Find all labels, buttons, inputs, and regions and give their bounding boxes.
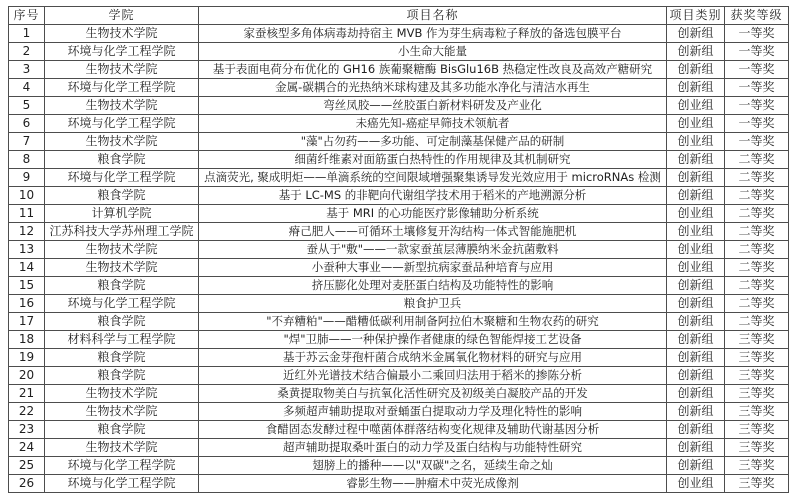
award-table-page: 序号 学院 项目名称 项目类别 获奖等级 1 生物技术学院 家蚕核型多角体病毒劫… [8, 6, 789, 493]
category-cell: 创新组 [667, 79, 725, 97]
serial-number-cell: 22 [9, 403, 45, 421]
serial-number-cell: 24 [9, 439, 45, 457]
project-name-cell: 桑黄提取物美白与抗氧化活性研究及初级美白凝胶产品的开发 [199, 385, 667, 403]
table-row: 22 生物技术学院 多频超声辅助提取对蚕蛹蛋白提取动力学及理化特性的影响 创新组… [9, 403, 789, 421]
serial-number-cell: 6 [9, 115, 45, 133]
award-level-cell: 一等奖 [725, 97, 789, 115]
college-cell: 粮食学院 [45, 151, 199, 169]
project-name-cell: 基于 LC-MS 的非靶向代谢组学技术用于稻米的产地溯源分析 [199, 187, 667, 205]
table-row: 24 生物技术学院 超声辅助提取桑叶蛋白的动力学及蛋白结构与功能特性研究 创新组… [9, 439, 789, 457]
award-level-cell: 二等奖 [725, 223, 789, 241]
category-cell: 创新组 [667, 43, 725, 61]
serial-number-cell: 17 [9, 313, 45, 331]
serial-number-cell: 23 [9, 421, 45, 439]
category-cell: 创新组 [667, 295, 725, 313]
project-name-cell: 基于 MRI 的心功能医疗影像辅助分析系统 [199, 205, 667, 223]
table-row: 4 环境与化学工程学院 金属-碳耦合的光热纳米球构建及其多功能水净化与清洁水再生… [9, 79, 789, 97]
table-row: 25 环境与化学工程学院 翅膀上的播种——以"双碳"之名，延续生命之灿 创新组 … [9, 457, 789, 475]
project-name-cell: 小蚕种大事业——新型抗病家蚕品种培育与应用 [199, 259, 667, 277]
college-cell: 生物技术学院 [45, 97, 199, 115]
college-cell: 生物技术学院 [45, 241, 199, 259]
header-college: 学院 [45, 7, 199, 25]
project-name-cell: 粮食护卫兵 [199, 295, 667, 313]
table-row: 23 粮食学院 食醋固态发酵过程中噬菌体群落结构变化规律及辅助代谢基因分析 创新… [9, 421, 789, 439]
award-level-cell: 二等奖 [725, 169, 789, 187]
serial-number-cell: 16 [9, 295, 45, 313]
category-cell: 创新组 [667, 25, 725, 43]
category-cell: 创新组 [667, 313, 725, 331]
project-name-cell: 弯丝凤胶——丝胶蛋白新材料研发及产业化 [199, 97, 667, 115]
serial-number-cell: 15 [9, 277, 45, 295]
college-cell: 生物技术学院 [45, 385, 199, 403]
category-cell: 创新组 [667, 277, 725, 295]
category-cell: 创新组 [667, 169, 725, 187]
table-row: 10 粮食学院 基于 LC-MS 的非靶向代谢组学技术用于稻米的产地溯源分析 创… [9, 187, 789, 205]
table-row: 11 计算机学院 基于 MRI 的心功能医疗影像辅助分析系统 创业组 二等奖 [9, 205, 789, 223]
college-cell: 江苏科技大学苏州理工学院 [45, 223, 199, 241]
serial-number-cell: 18 [9, 331, 45, 349]
award-level-cell: 三等奖 [725, 331, 789, 349]
category-cell: 创新组 [667, 151, 725, 169]
college-cell: 生物技术学院 [45, 25, 199, 43]
table-row: 6 环境与化学工程学院 未癌先知-癌症早筛技术领航者 创业组 一等奖 [9, 115, 789, 133]
project-name-cell: 小生命大能量 [199, 43, 667, 61]
college-cell: 环境与化学工程学院 [45, 457, 199, 475]
college-cell: 环境与化学工程学院 [45, 43, 199, 61]
award-level-cell: 一等奖 [725, 115, 789, 133]
project-name-cell: 瘠己肥人——可循环土壤修复开沟结构一体式智能施肥机 [199, 223, 667, 241]
table-row: 14 生物技术学院 小蚕种大事业——新型抗病家蚕品种培育与应用 创业组 二等奖 [9, 259, 789, 277]
college-cell: 生物技术学院 [45, 439, 199, 457]
table-row: 16 环境与化学工程学院 粮食护卫兵 创新组 二等奖 [9, 295, 789, 313]
project-name-cell: 超声辅助提取桑叶蛋白的动力学及蛋白结构与功能特性研究 [199, 439, 667, 457]
award-level-cell: 二等奖 [725, 187, 789, 205]
project-name-cell: "不弃糟粕"——醋糟低碳利用制备阿拉伯木聚糖和生物农药的研究 [199, 313, 667, 331]
project-name-cell: 翅膀上的播种——以"双碳"之名，延续生命之灿 [199, 457, 667, 475]
award-level-cell: 一等奖 [725, 43, 789, 61]
table-row: 9 环境与化学工程学院 点滴荧光, 聚成明炬——单滴系统的空间限域增强聚集诱导发… [9, 169, 789, 187]
table-row: 8 粮食学院 细菌纤维素对面筋蛋白热特性的作用规律及其机制研究 创新组 二等奖 [9, 151, 789, 169]
award-level-cell: 三等奖 [725, 385, 789, 403]
award-level-cell: 二等奖 [725, 295, 789, 313]
category-cell: 创新组 [667, 403, 725, 421]
header-row: 序号 学院 项目名称 项目类别 获奖等级 [9, 7, 789, 25]
award-level-cell: 三等奖 [725, 457, 789, 475]
award-level-cell: 一等奖 [725, 79, 789, 97]
table-row: 20 粮食学院 近红外光谱技术结合偏最小二乘回归法用于稻米的掺陈分析 创新组 三… [9, 367, 789, 385]
project-name-cell: "藻"占勿药——多功能、可定制藻基保健产品的研制 [199, 133, 667, 151]
award-level-cell: 三等奖 [725, 475, 789, 493]
serial-number-cell: 5 [9, 97, 45, 115]
college-cell: 环境与化学工程学院 [45, 169, 199, 187]
serial-number-cell: 12 [9, 223, 45, 241]
table-row: 2 环境与化学工程学院 小生命大能量 创新组 一等奖 [9, 43, 789, 61]
serial-number-cell: 9 [9, 169, 45, 187]
category-cell: 创新组 [667, 187, 725, 205]
project-name-cell: 细菌纤维素对面筋蛋白热特性的作用规律及其机制研究 [199, 151, 667, 169]
header-project-category: 项目类别 [667, 7, 725, 25]
college-cell: 材料科学与工程学院 [45, 331, 199, 349]
award-level-cell: 二等奖 [725, 205, 789, 223]
category-cell: 创业组 [667, 241, 725, 259]
college-cell: 计算机学院 [45, 205, 199, 223]
project-name-cell: 蚕从于"敷"——一款家蚕茧层薄膜纳米金抗菌敷料 [199, 241, 667, 259]
header-serial-number: 序号 [9, 7, 45, 25]
award-level-cell: 三等奖 [725, 439, 789, 457]
award-level-cell: 二等奖 [725, 241, 789, 259]
category-cell: 创新组 [667, 439, 725, 457]
award-level-cell: 二等奖 [725, 313, 789, 331]
category-cell: 创新组 [667, 457, 725, 475]
table-row: 13 生物技术学院 蚕从于"敷"——一款家蚕茧层薄膜纳米金抗菌敷料 创业组 二等… [9, 241, 789, 259]
award-level-cell: 一等奖 [725, 61, 789, 79]
category-cell: 创新组 [667, 349, 725, 367]
award-level-cell: 三等奖 [725, 367, 789, 385]
serial-number-cell: 1 [9, 25, 45, 43]
project-name-cell: 点滴荧光, 聚成明炬——单滴系统的空间限域增强聚集诱导发光效应用于 microR… [199, 169, 667, 187]
table-row: 21 生物技术学院 桑黄提取物美白与抗氧化活性研究及初级美白凝胶产品的开发 创新… [9, 385, 789, 403]
serial-number-cell: 20 [9, 367, 45, 385]
serial-number-cell: 4 [9, 79, 45, 97]
college-cell: 环境与化学工程学院 [45, 79, 199, 97]
serial-number-cell: 7 [9, 133, 45, 151]
serial-number-cell: 10 [9, 187, 45, 205]
award-table: 序号 学院 项目名称 项目类别 获奖等级 1 生物技术学院 家蚕核型多角体病毒劫… [8, 6, 789, 493]
college-cell: 粮食学院 [45, 187, 199, 205]
header-project-name: 项目名称 [199, 7, 667, 25]
serial-number-cell: 2 [9, 43, 45, 61]
award-level-cell: 三等奖 [725, 403, 789, 421]
category-cell: 创业组 [667, 97, 725, 115]
category-cell: 创业组 [667, 223, 725, 241]
table-row: 1 生物技术学院 家蚕核型多角体病毒劫持宿主 MVB 作为芽生病毒粒子释放的备选… [9, 25, 789, 43]
college-cell: 生物技术学院 [45, 61, 199, 79]
college-cell: 粮食学院 [45, 349, 199, 367]
table-row: 19 粮食学院 基于苏云金芽孢杆菌合成纳米金属氧化物材料的研究与应用 创新组 三… [9, 349, 789, 367]
category-cell: 创业组 [667, 115, 725, 133]
table-row: 7 生物技术学院 "藻"占勿药——多功能、可定制藻基保健产品的研制 创业组 一等… [9, 133, 789, 151]
project-name-cell: "焊"卫肺——一种保护操作者健康的绿色智能焊接工艺设备 [199, 331, 667, 349]
college-cell: 生物技术学院 [45, 133, 199, 151]
category-cell: 创业组 [667, 475, 725, 493]
serial-number-cell: 3 [9, 61, 45, 79]
project-name-cell: 未癌先知-癌症早筛技术领航者 [199, 115, 667, 133]
category-cell: 创新组 [667, 367, 725, 385]
project-name-cell: 金属-碳耦合的光热纳米球构建及其多功能水净化与清洁水再生 [199, 79, 667, 97]
category-cell: 创业组 [667, 133, 725, 151]
project-name-cell: 基于表面电荷分布优化的 GH16 族葡聚糖酶 BisGlu16B 热稳定性改良及… [199, 61, 667, 79]
category-cell: 创业组 [667, 205, 725, 223]
project-name-cell: 睿影生物——肿瘤术中荧光成像剂 [199, 475, 667, 493]
college-cell: 粮食学院 [45, 367, 199, 385]
project-name-cell: 多频超声辅助提取对蚕蛹蛋白提取动力学及理化特性的影响 [199, 403, 667, 421]
table-row: 12 江苏科技大学苏州理工学院 瘠己肥人——可循环土壤修复开沟结构一体式智能施肥… [9, 223, 789, 241]
project-name-cell: 食醋固态发酵过程中噬菌体群落结构变化规律及辅助代谢基因分析 [199, 421, 667, 439]
award-level-cell: 三等奖 [725, 349, 789, 367]
table-row: 5 生物技术学院 弯丝凤胶——丝胶蛋白新材料研发及产业化 创业组 一等奖 [9, 97, 789, 115]
award-level-cell: 二等奖 [725, 151, 789, 169]
serial-number-cell: 26 [9, 475, 45, 493]
table-row: 3 生物技术学院 基于表面电荷分布优化的 GH16 族葡聚糖酶 BisGlu16… [9, 61, 789, 79]
serial-number-cell: 25 [9, 457, 45, 475]
award-level-cell: 一等奖 [725, 133, 789, 151]
serial-number-cell: 19 [9, 349, 45, 367]
header-award-level: 获奖等级 [725, 7, 789, 25]
project-name-cell: 家蚕核型多角体病毒劫持宿主 MVB 作为芽生病毒粒子释放的备选包膜平台 [199, 25, 667, 43]
project-name-cell: 挤压膨化处理对麦胚蛋白结构及功能特性的影响 [199, 277, 667, 295]
award-level-cell: 二等奖 [725, 259, 789, 277]
college-cell: 粮食学院 [45, 421, 199, 439]
project-name-cell: 基于苏云金芽孢杆菌合成纳米金属氧化物材料的研究与应用 [199, 349, 667, 367]
award-level-cell: 一等奖 [725, 25, 789, 43]
table-row: 26 环境与化学工程学院 睿影生物——肿瘤术中荧光成像剂 创业组 三等奖 [9, 475, 789, 493]
serial-number-cell: 14 [9, 259, 45, 277]
college-cell: 生物技术学院 [45, 259, 199, 277]
category-cell: 创业组 [667, 259, 725, 277]
college-cell: 环境与化学工程学院 [45, 475, 199, 493]
serial-number-cell: 8 [9, 151, 45, 169]
college-cell: 环境与化学工程学院 [45, 115, 199, 133]
project-name-cell: 近红外光谱技术结合偏最小二乘回归法用于稻米的掺陈分析 [199, 367, 667, 385]
table-row: 17 粮食学院 "不弃糟粕"——醋糟低碳利用制备阿拉伯木聚糖和生物农药的研究 创… [9, 313, 789, 331]
serial-number-cell: 11 [9, 205, 45, 223]
college-cell: 粮食学院 [45, 313, 199, 331]
category-cell: 创新组 [667, 421, 725, 439]
category-cell: 创新组 [667, 385, 725, 403]
award-level-cell: 三等奖 [725, 421, 789, 439]
table-row: 18 材料科学与工程学院 "焊"卫肺——一种保护操作者健康的绿色智能焊接工艺设备… [9, 331, 789, 349]
table-row: 15 粮食学院 挤压膨化处理对麦胚蛋白结构及功能特性的影响 创新组 二等奖 [9, 277, 789, 295]
category-cell: 创新组 [667, 61, 725, 79]
category-cell: 创新组 [667, 331, 725, 349]
award-level-cell: 二等奖 [725, 277, 789, 295]
college-cell: 环境与化学工程学院 [45, 295, 199, 313]
college-cell: 粮食学院 [45, 277, 199, 295]
college-cell: 生物技术学院 [45, 403, 199, 421]
serial-number-cell: 21 [9, 385, 45, 403]
serial-number-cell: 13 [9, 241, 45, 259]
